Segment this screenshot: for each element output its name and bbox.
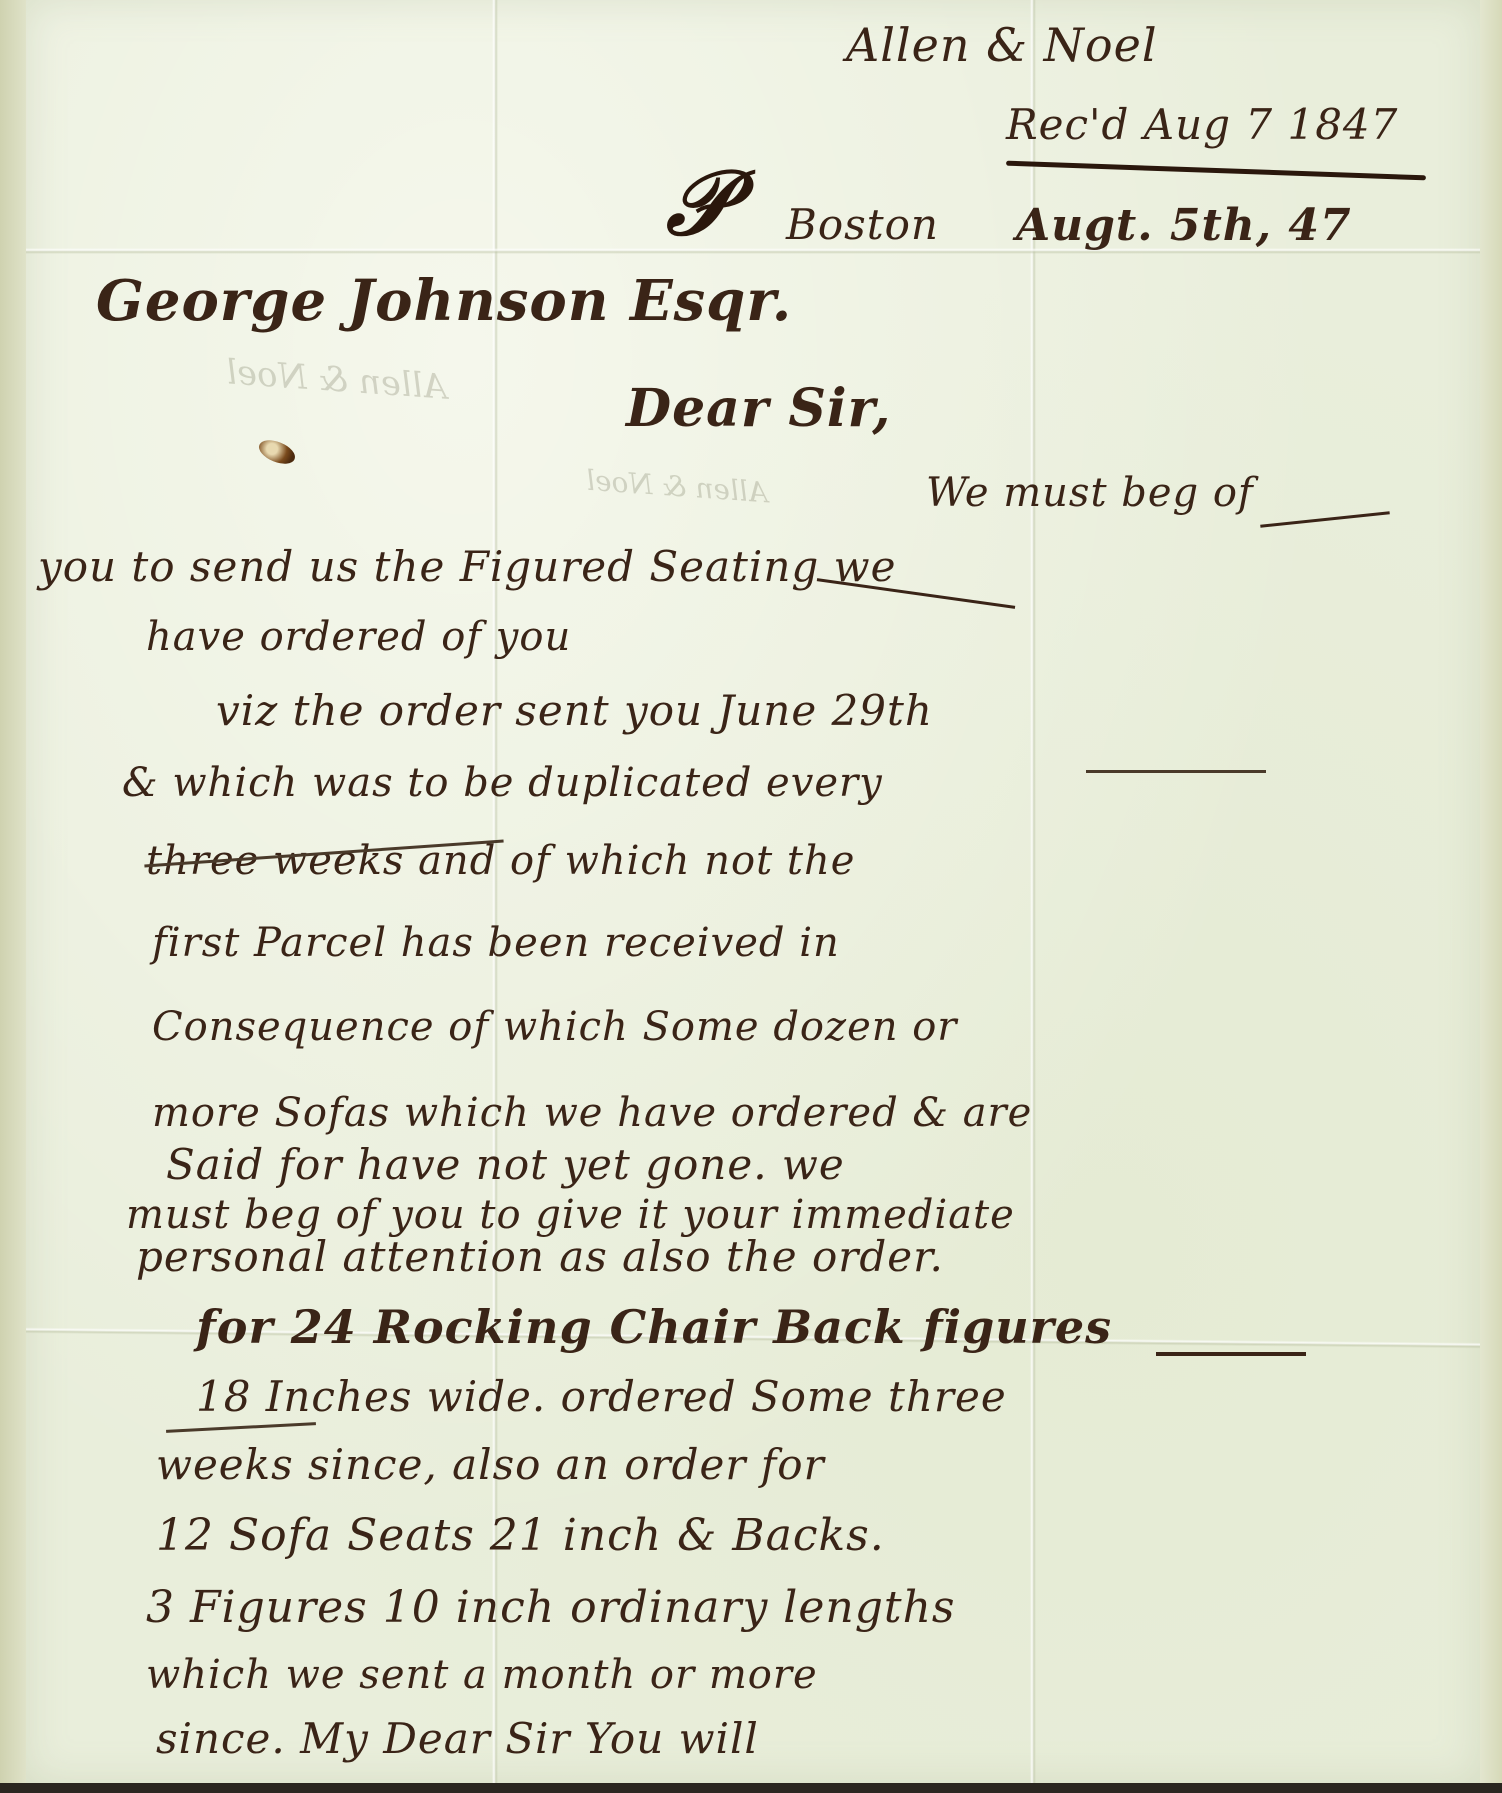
underline-figured: [817, 578, 1015, 609]
bleed-through-text: Allen & Noel: [225, 352, 449, 407]
underline-18: [166, 1422, 316, 1433]
body-line: 3 Figures 10 inch ordinary lengths: [146, 1582, 956, 1633]
docket-line-2: Rec'd Aug 7 1847: [1006, 100, 1398, 149]
dateline-flourish: 𝒫: [666, 150, 732, 257]
body-line: for 24 Rocking Chair Back figures: [196, 1300, 1112, 1354]
salutation: Dear Sir,: [626, 378, 891, 439]
backdrop-left-edge: [0, 0, 26, 1793]
body-line: We must beg of: [926, 470, 1254, 516]
backdrop-right-edge: [1480, 0, 1502, 1793]
body-line: Consequence of which Some dozen or: [152, 1004, 957, 1050]
backdrop-bottom-edge: [0, 1783, 1502, 1793]
body-line: which we sent a month or more: [146, 1652, 818, 1698]
underline-beg: [1260, 511, 1390, 528]
underline-back: [1156, 1352, 1306, 1356]
dateline-place: Boston: [786, 200, 939, 249]
dateline-date: Augt. 5th, 47: [1016, 200, 1352, 251]
body-line: you to send us the Figured Seating we: [38, 542, 896, 591]
body-line: 12 Sofa Seats 21 inch & Backs.: [156, 1510, 885, 1561]
body-line: viz the order sent you June 29th: [216, 686, 933, 735]
bleed-through-text: Allen & Noel: [585, 464, 769, 510]
body-line: 18 Inches wide. ordered Some three: [196, 1372, 1007, 1421]
body-line: since. My Dear Sir You will: [156, 1714, 759, 1763]
body-line: & which was to be duplicated every: [122, 760, 883, 806]
addressee: George Johnson Esqr.: [96, 268, 792, 334]
docket-line-1: Allen & Noel: [846, 18, 1158, 72]
body-line: three weeks and of which not the: [146, 838, 855, 884]
body-line: weeks since, also an order for: [156, 1440, 825, 1489]
letter-sheet: Allen & Noel Allen & Noel Allen & Noel R…: [26, 0, 1480, 1783]
body-line: Said for have not yet gone. we: [166, 1140, 845, 1189]
vertical-fold-right: [1030, 0, 1036, 1783]
body-line: first Parcel has been received in: [152, 920, 840, 966]
docket-underline: [1006, 161, 1426, 181]
ink-stain: [256, 436, 299, 469]
body-line: have ordered of you: [146, 614, 571, 660]
body-line: more Sofas which we have ordered & are: [152, 1090, 1032, 1136]
underline-every: [1086, 770, 1266, 773]
body-line: personal attention as also the order.: [136, 1232, 944, 1281]
